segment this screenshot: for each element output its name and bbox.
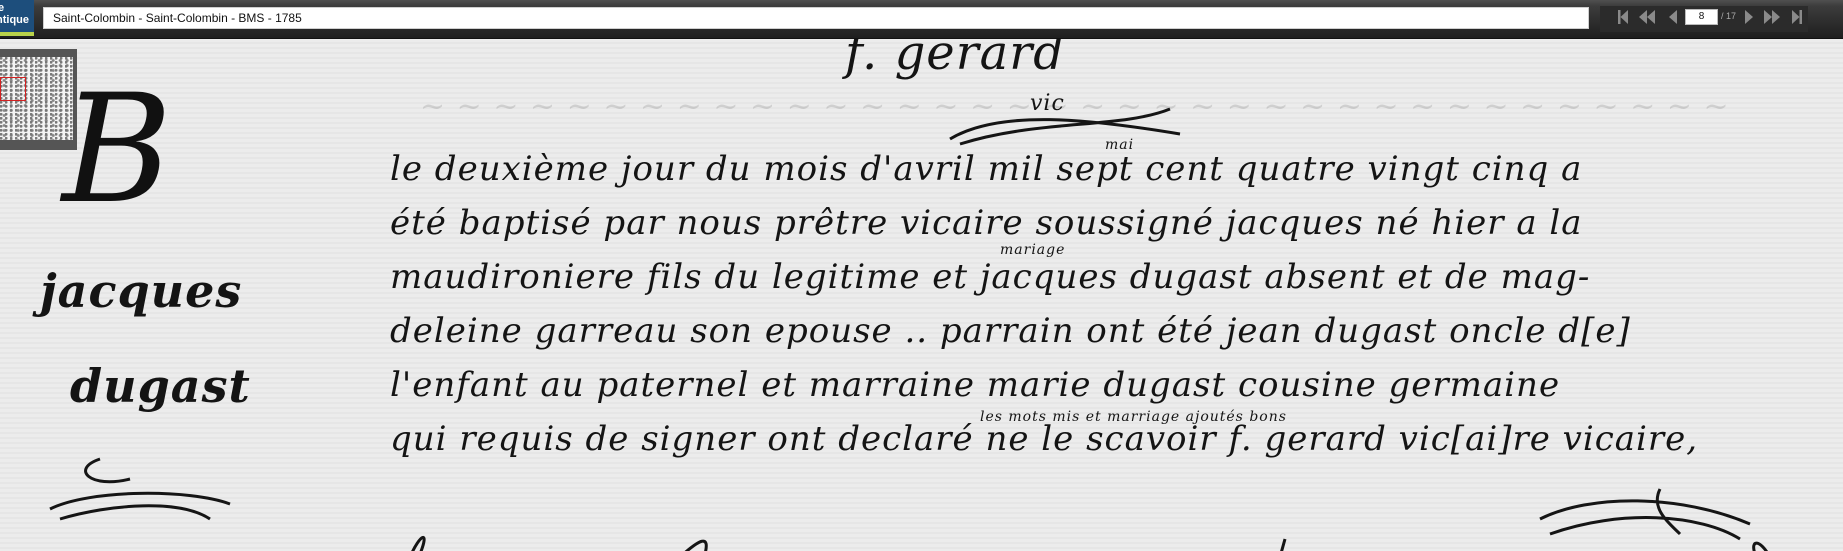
total-pages-label: / 17 <box>1721 11 1736 21</box>
logo-text-line2: ntique <box>0 14 29 26</box>
thumbnail-viewport-rect[interactable] <box>0 77 26 101</box>
entry-line-6: qui requis de signer ont declaré ne le s… <box>390 419 1698 459</box>
margin-name-first: jacques <box>40 264 242 318</box>
entry-line-4: deleine garreau son epouse .. parrain on… <box>390 311 1631 351</box>
current-page-input[interactable]: 8 <box>1685 9 1718 25</box>
logo-text-line1: e <box>0 2 4 14</box>
next-icon[interactable] <box>1741 9 1757 25</box>
document-title-field[interactable]: Saint-Colombin - Saint-Colombin - BMS - … <box>43 7 1589 29</box>
margin-name-last: dugast <box>70 359 251 413</box>
skip-first-icon[interactable] <box>1615 9 1631 25</box>
archives-logo[interactable]: e ntique <box>0 0 34 36</box>
signature-flourish-icon <box>940 99 1200 149</box>
entry-line-1: le deuxième jour du mois d'avril mil sep… <box>390 149 1582 189</box>
entry-line-5: l'enfant au paternel et marraine marie d… <box>390 365 1560 405</box>
page-thumbnail-navigator[interactable] <box>0 49 77 150</box>
skip-last-icon[interactable] <box>1789 9 1805 25</box>
next-entry-partial-text <box>380 529 1780 551</box>
thumbnail-page-image <box>0 57 73 140</box>
interlinear-mariage: mariage <box>1000 242 1065 258</box>
margin-baptism-letter: B <box>62 75 172 225</box>
top-signature: f. gerard <box>845 39 1065 81</box>
entry-line-2: été baptisé par nous prêtre vicaire sous… <box>390 203 1583 243</box>
fast-forward-icon[interactable] <box>1762 9 1782 25</box>
margin-flourish-icon <box>30 449 250 539</box>
top-toolbar: e ntique Saint-Colombin - Saint-Colombin… <box>0 0 1843 39</box>
previous-icon[interactable] <box>1665 9 1681 25</box>
document-image-viewer[interactable]: ~ ~ ~ ~ ~ ~ ~ ~ ~ ~ ~ ~ ~ ~ ~ ~ ~ ~ ~ ~ … <box>0 39 1843 551</box>
entry-line-3: maudironiere fils du legitime et jacques… <box>390 257 1590 297</box>
fast-backward-icon[interactable] <box>1637 9 1657 25</box>
